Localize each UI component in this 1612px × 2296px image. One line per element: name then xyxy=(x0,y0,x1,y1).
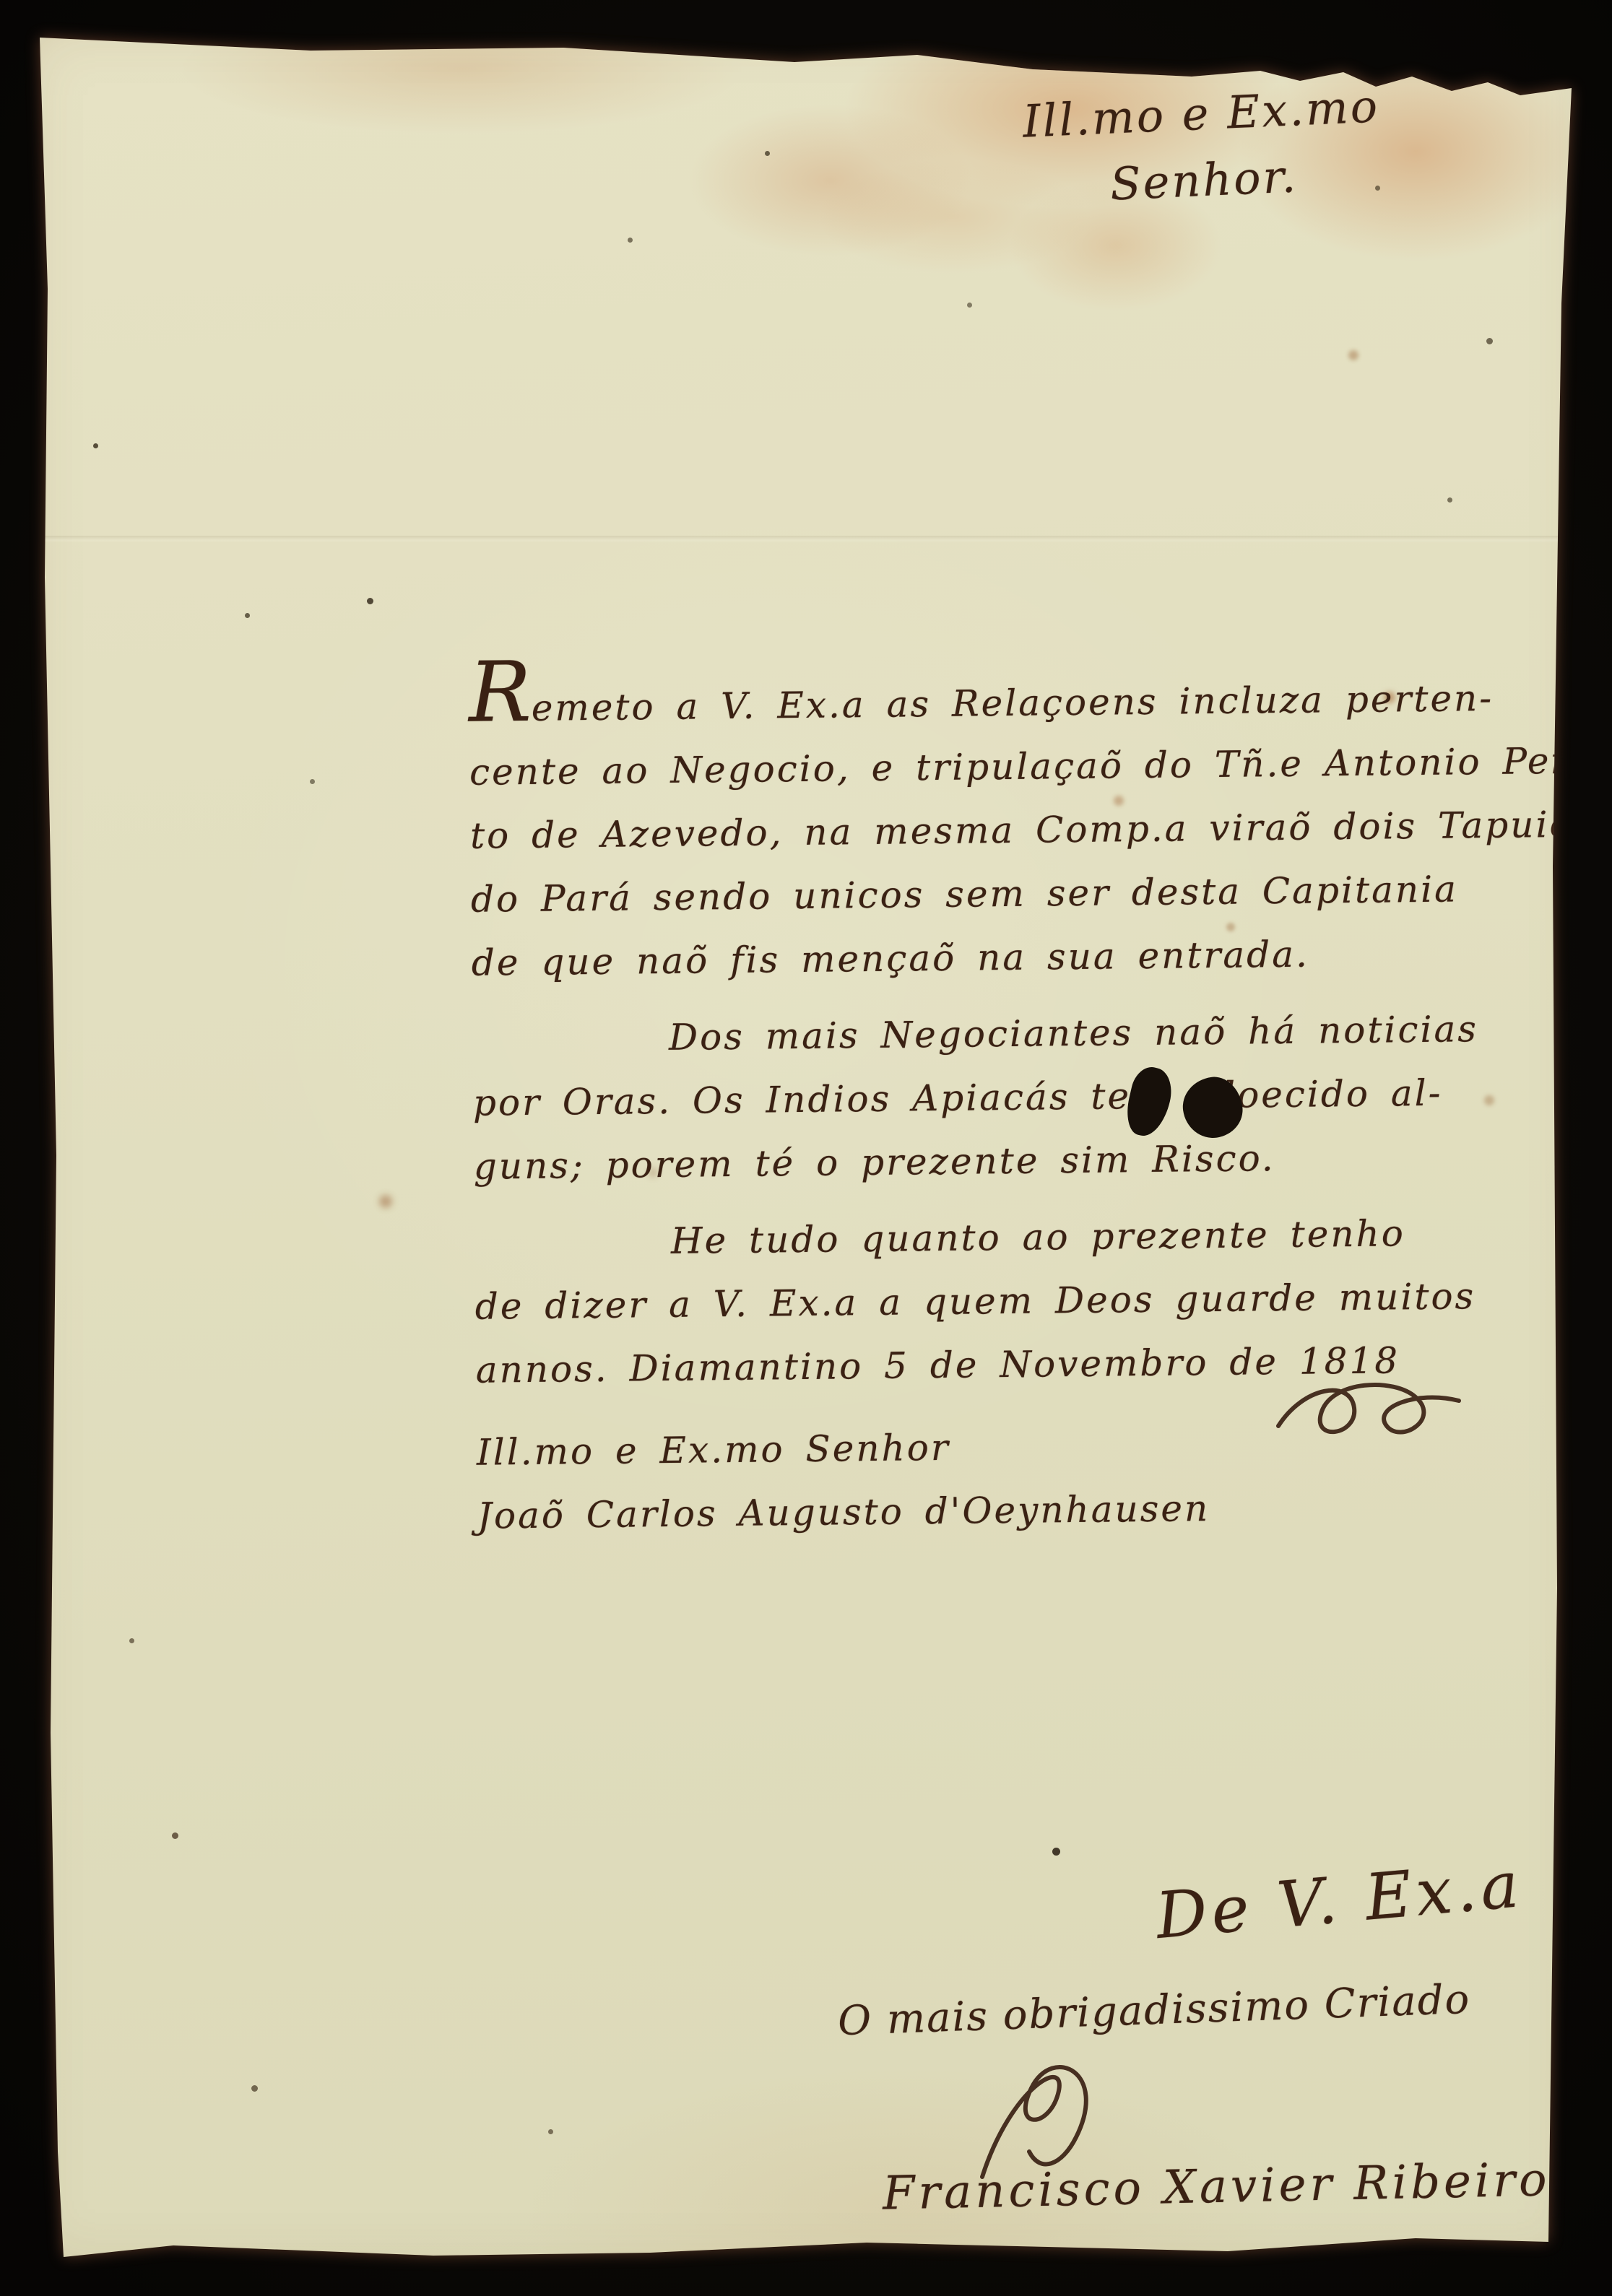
letter-line: He tudo quanto ao prezente tenho xyxy=(474,1200,1543,1274)
letter-line: de dizer a V. Ex.a a quem Deos guarde mu… xyxy=(474,1264,1544,1338)
recipient-name: Joaõ Carlos Augusto d'Oeynhausen xyxy=(477,1473,1546,1547)
letter-line: do Pará sendo unicos sem ser desta Capit… xyxy=(470,856,1540,931)
letter-line: por Oras. Os Indios Apiacás tem adoecido… xyxy=(472,1060,1542,1134)
scanned-letter-page: Ill.mo e Ex.mo Senhor. Remeto a V. Ex.a … xyxy=(0,0,1612,2296)
letter-line: Remeto a V. Ex.a as Relaçoens incluza pe… xyxy=(469,666,1538,740)
paper-specks xyxy=(0,0,4,4)
salutation: Ill.mo e Ex.mo Senhor. xyxy=(965,71,1439,224)
foxing-spots xyxy=(0,0,6,6)
letter-line: Dos mais Negociantes naõ há noticias xyxy=(472,996,1542,1071)
paragraph-1: Remeto a V. Ex.a as Relaçoens incluza pe… xyxy=(469,666,1541,994)
date-flourish xyxy=(1271,1357,1488,1458)
letter-line: guns; porem té o prezente sim Risco. xyxy=(473,1123,1543,1198)
paragraph-2: Dos mais Negociantes naõ há noticias por… xyxy=(472,996,1543,1198)
letter-line: de que naõ fis mençaõ na sua entrada. xyxy=(471,920,1540,994)
fold-crease xyxy=(43,536,1560,543)
paper-sheet: Ill.mo e Ex.mo Senhor. Remeto a V. Ex.a … xyxy=(0,0,1612,2296)
paper-wrap: Ill.mo e Ex.mo Senhor. Remeto a V. Ex.a … xyxy=(0,0,1612,2296)
letter-line: cente ao Negocio, e tripulaçaõ do Tñ.e A… xyxy=(469,729,1539,804)
letter-line: to de Azevedo, na mesma Comp.a viraõ doi… xyxy=(470,793,1540,867)
